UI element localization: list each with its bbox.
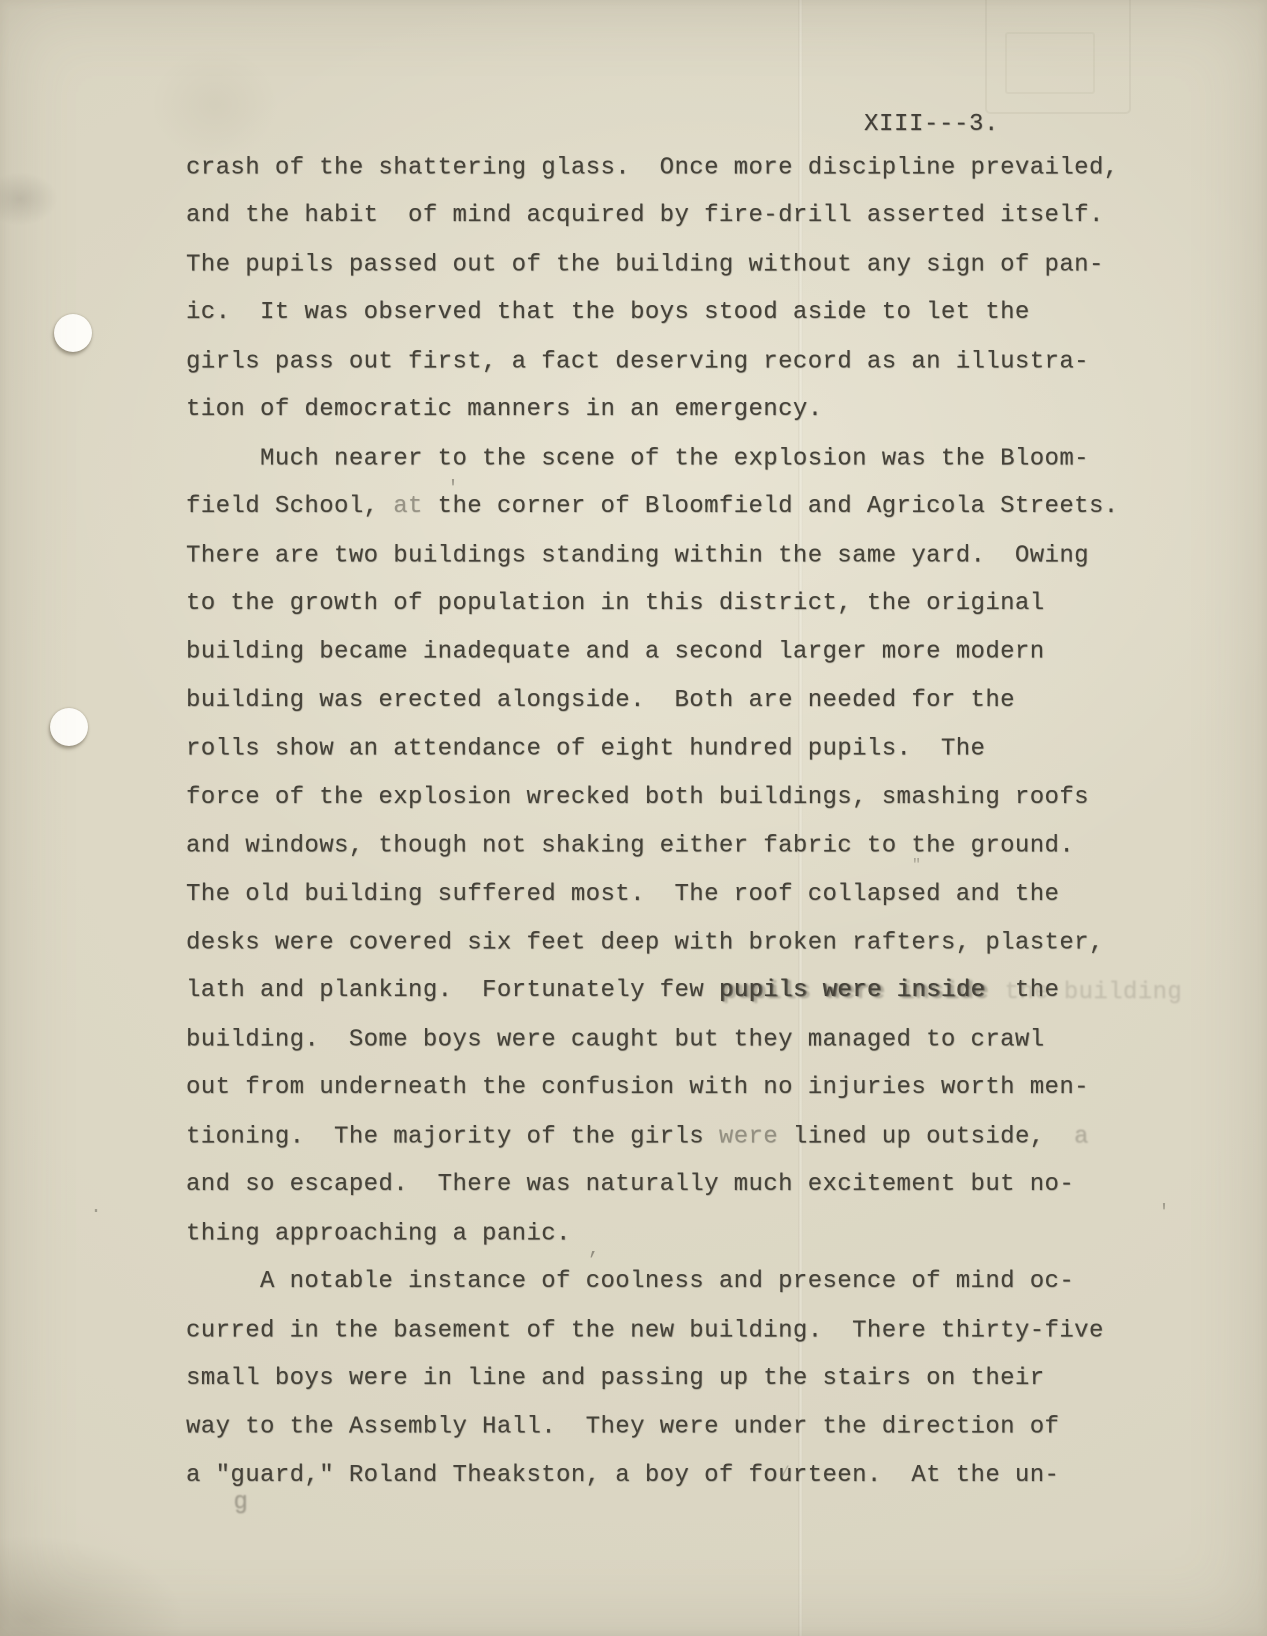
typed-text-segment: and windows, though not shaking either f… [186, 833, 1074, 860]
punch-hole-bottom [50, 708, 88, 746]
typed-line: force of the explosion wrecked both buil… [186, 774, 1186, 822]
typed-text-segment: out from underneath the confusion with n… [186, 1074, 1089, 1101]
typed-line: and windows, though not shaking either f… [186, 823, 1186, 871]
typed-text-segment: way to the Assembly Hall. They were unde… [186, 1414, 1059, 1441]
typed-text-segment: ic. It was observed that the boys stood … [186, 299, 1030, 326]
typewritten-page: XIII---3. crash of the shattering glass.… [0, 0, 1267, 1636]
typed-line: A notable instance of coolness and prese… [186, 1258, 1186, 1306]
typed-line: a "guard," Roland Theakston, a boy of fo… [186, 1452, 1186, 1500]
embossed-watermark-inner [1005, 32, 1095, 94]
typed-line: crash of the shattering glass. Once more… [186, 144, 1186, 192]
paper-smudge [0, 172, 58, 226]
typed-text-segment: curred in the basement of the new buildi… [186, 1317, 1104, 1344]
typed-line: Much nearer to the scene of the explosio… [186, 435, 1186, 483]
typed-text-segment: thing approaching a panic. [186, 1220, 571, 1247]
typed-line: ic. It was observed that the boys stood … [186, 289, 1186, 337]
typed-line: and so escaped. There was naturally much… [186, 1161, 1186, 1209]
typed-text-segment: the corner of Bloomfield and Agricola St… [423, 493, 1119, 520]
typed-line: tioning. The majority of the girls were … [186, 1113, 1186, 1161]
typed-line: way to the Assembly Hall. They were unde… [186, 1404, 1186, 1452]
typed-line: The old building suffered most. The roof… [186, 871, 1186, 919]
typed-text-segment: There are two buildings standing within … [186, 542, 1089, 569]
typed-text-segment: force of the explosion wrecked both buil… [186, 784, 1089, 811]
typed-text-segment: tion of democratic manners in an emergen… [186, 396, 823, 423]
typed-line: small boys were in line and passing up t… [186, 1355, 1186, 1403]
embossed-watermark [985, 0, 1131, 114]
typed-text-segment: desks were covered six feet deep with br… [186, 929, 1104, 956]
typed-text-segment: Much nearer to the scene of the explosio… [186, 445, 1089, 472]
typed-text-segment: were [719, 1123, 778, 1150]
typed-text-segment: field School, [186, 493, 393, 520]
typed-line: thing approaching a panic. [186, 1210, 1186, 1258]
typed-line: building. Some boys were caught but they… [186, 1016, 1186, 1064]
typed-text-segment: building became inadequate and a second … [186, 639, 1045, 666]
ghost-erased-text: g [233, 1479, 248, 1527]
ink-speck: , [588, 1240, 600, 1260]
typed-text-segment: and the habit of mind acquired by fire-d… [186, 202, 1104, 229]
ink-speck: ' [447, 480, 459, 500]
ink-speck: ' [1158, 1204, 1170, 1224]
typed-text-segment: building was erected alongside. Both are… [186, 687, 1015, 714]
typed-text-segment: a "guard," Roland Theakston, a boy of fo… [186, 1462, 1059, 1489]
ink-speck: " [912, 858, 921, 873]
typed-line: and the habit of mind acquired by fire-d… [186, 192, 1186, 240]
typed-text-segment: The pupils passed out of the building wi… [186, 251, 1104, 278]
typed-text-segment: lined up outside, [778, 1123, 1044, 1150]
typed-text-segment: crash of the shattering glass. Once more… [186, 154, 1119, 181]
typed-text-segment: The old building suffered most. The roof… [186, 881, 1059, 908]
typed-text-segment: girls pass out first, a fact deserving r… [186, 348, 1089, 375]
typed-line: to the growth of population in this dist… [186, 580, 1186, 628]
typed-line: tion of democratic manners in an emergen… [186, 386, 1186, 434]
typed-text-segment: and so escaped. There was naturally much… [186, 1171, 1074, 1198]
typed-line: lath and planking. Fortunately few pupil… [186, 967, 1186, 1015]
typed-text-segment: small boys were in line and passing up t… [186, 1365, 1045, 1392]
typed-line: field School, at the corner of Bloomfiel… [186, 483, 1186, 531]
typed-text-block: crash of the shattering glass. Once more… [186, 144, 1186, 1500]
typed-text-segment: A notable instance of coolness and prese… [186, 1268, 1074, 1295]
ghost-erased-text: pupils were inside the building [723, 969, 1182, 1017]
ghost-erased-text: a [1074, 1113, 1089, 1161]
typed-text-segment: rolls show an attendance of eight hundre… [186, 736, 985, 763]
typed-text-segment: at [393, 493, 423, 520]
typed-line: girls pass out first, a fact deserving r… [186, 338, 1186, 386]
punch-hole-top [54, 314, 92, 352]
typed-text-segment: tioning. The majority of the girls [186, 1123, 719, 1150]
ink-speck: . [90, 1198, 102, 1218]
typed-line: The pupils passed out of the building wi… [186, 241, 1186, 289]
typed-line: curred in the basement of the new buildi… [186, 1307, 1186, 1355]
typed-line: rolls show an attendance of eight hundre… [186, 726, 1186, 774]
ink-speck: / [779, 1466, 790, 1484]
typed-line: building became inadequate and a second … [186, 629, 1186, 677]
page-number: XIII---3. [864, 113, 999, 137]
typed-line: out from underneath the confusion with n… [186, 1064, 1186, 1112]
typed-line: There are two buildings standing within … [186, 532, 1186, 580]
typed-text-segment: lath and planking. Fortunately few [186, 977, 719, 1004]
typed-line: building was erected alongside. Both are… [186, 677, 1186, 725]
typed-text-segment: building. Some boys were caught but they… [186, 1026, 1045, 1053]
typed-text-segment: to the growth of population in this dist… [186, 590, 1045, 617]
typed-line: desks were covered six feet deep with br… [186, 919, 1186, 967]
